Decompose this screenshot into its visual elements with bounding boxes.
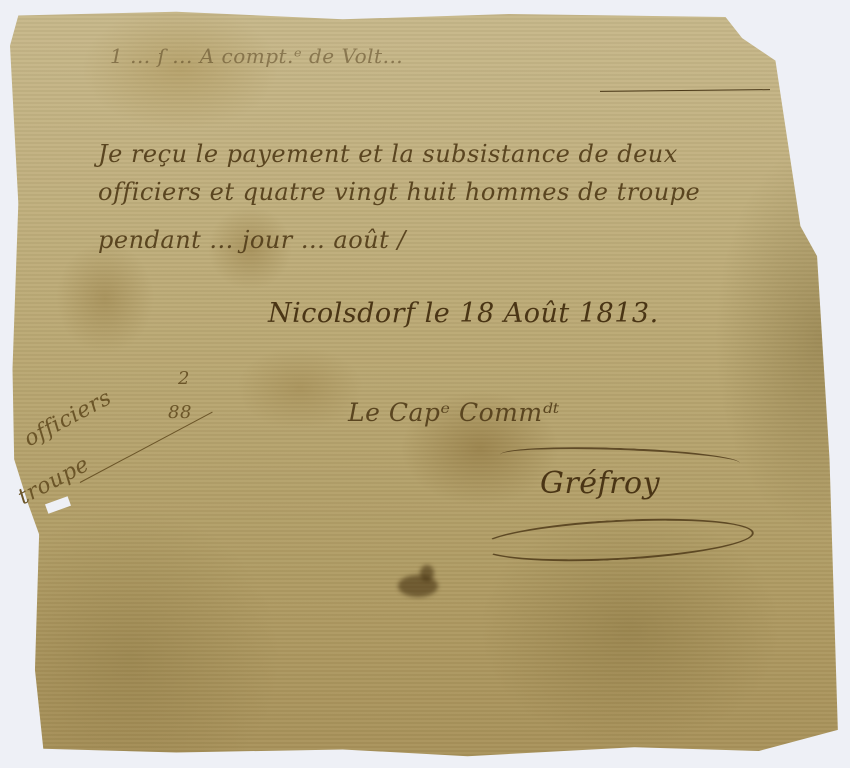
ink-stain	[420, 565, 434, 581]
signature: Gréfroy	[540, 466, 660, 501]
place-date: Nicolsdorf le 18 Août 1813.	[268, 298, 659, 329]
body-line-3: pendant ... jour ... août /	[98, 226, 406, 254]
body-line-1: Je reçu le payement et la subsistance de…	[98, 140, 678, 168]
body-line-2: officiers et quatre vingt huit hommes de…	[98, 178, 700, 206]
margin-value-officers: 2	[178, 368, 190, 389]
margin-value-troops: 88	[168, 402, 192, 423]
document-paper	[10, 8, 842, 760]
header-line: 1 ... ſ ... A compt.ᵉ de Volt...	[110, 44, 403, 68]
signatory-title: Le Capᵉ Commᵈᵗ	[348, 398, 560, 427]
